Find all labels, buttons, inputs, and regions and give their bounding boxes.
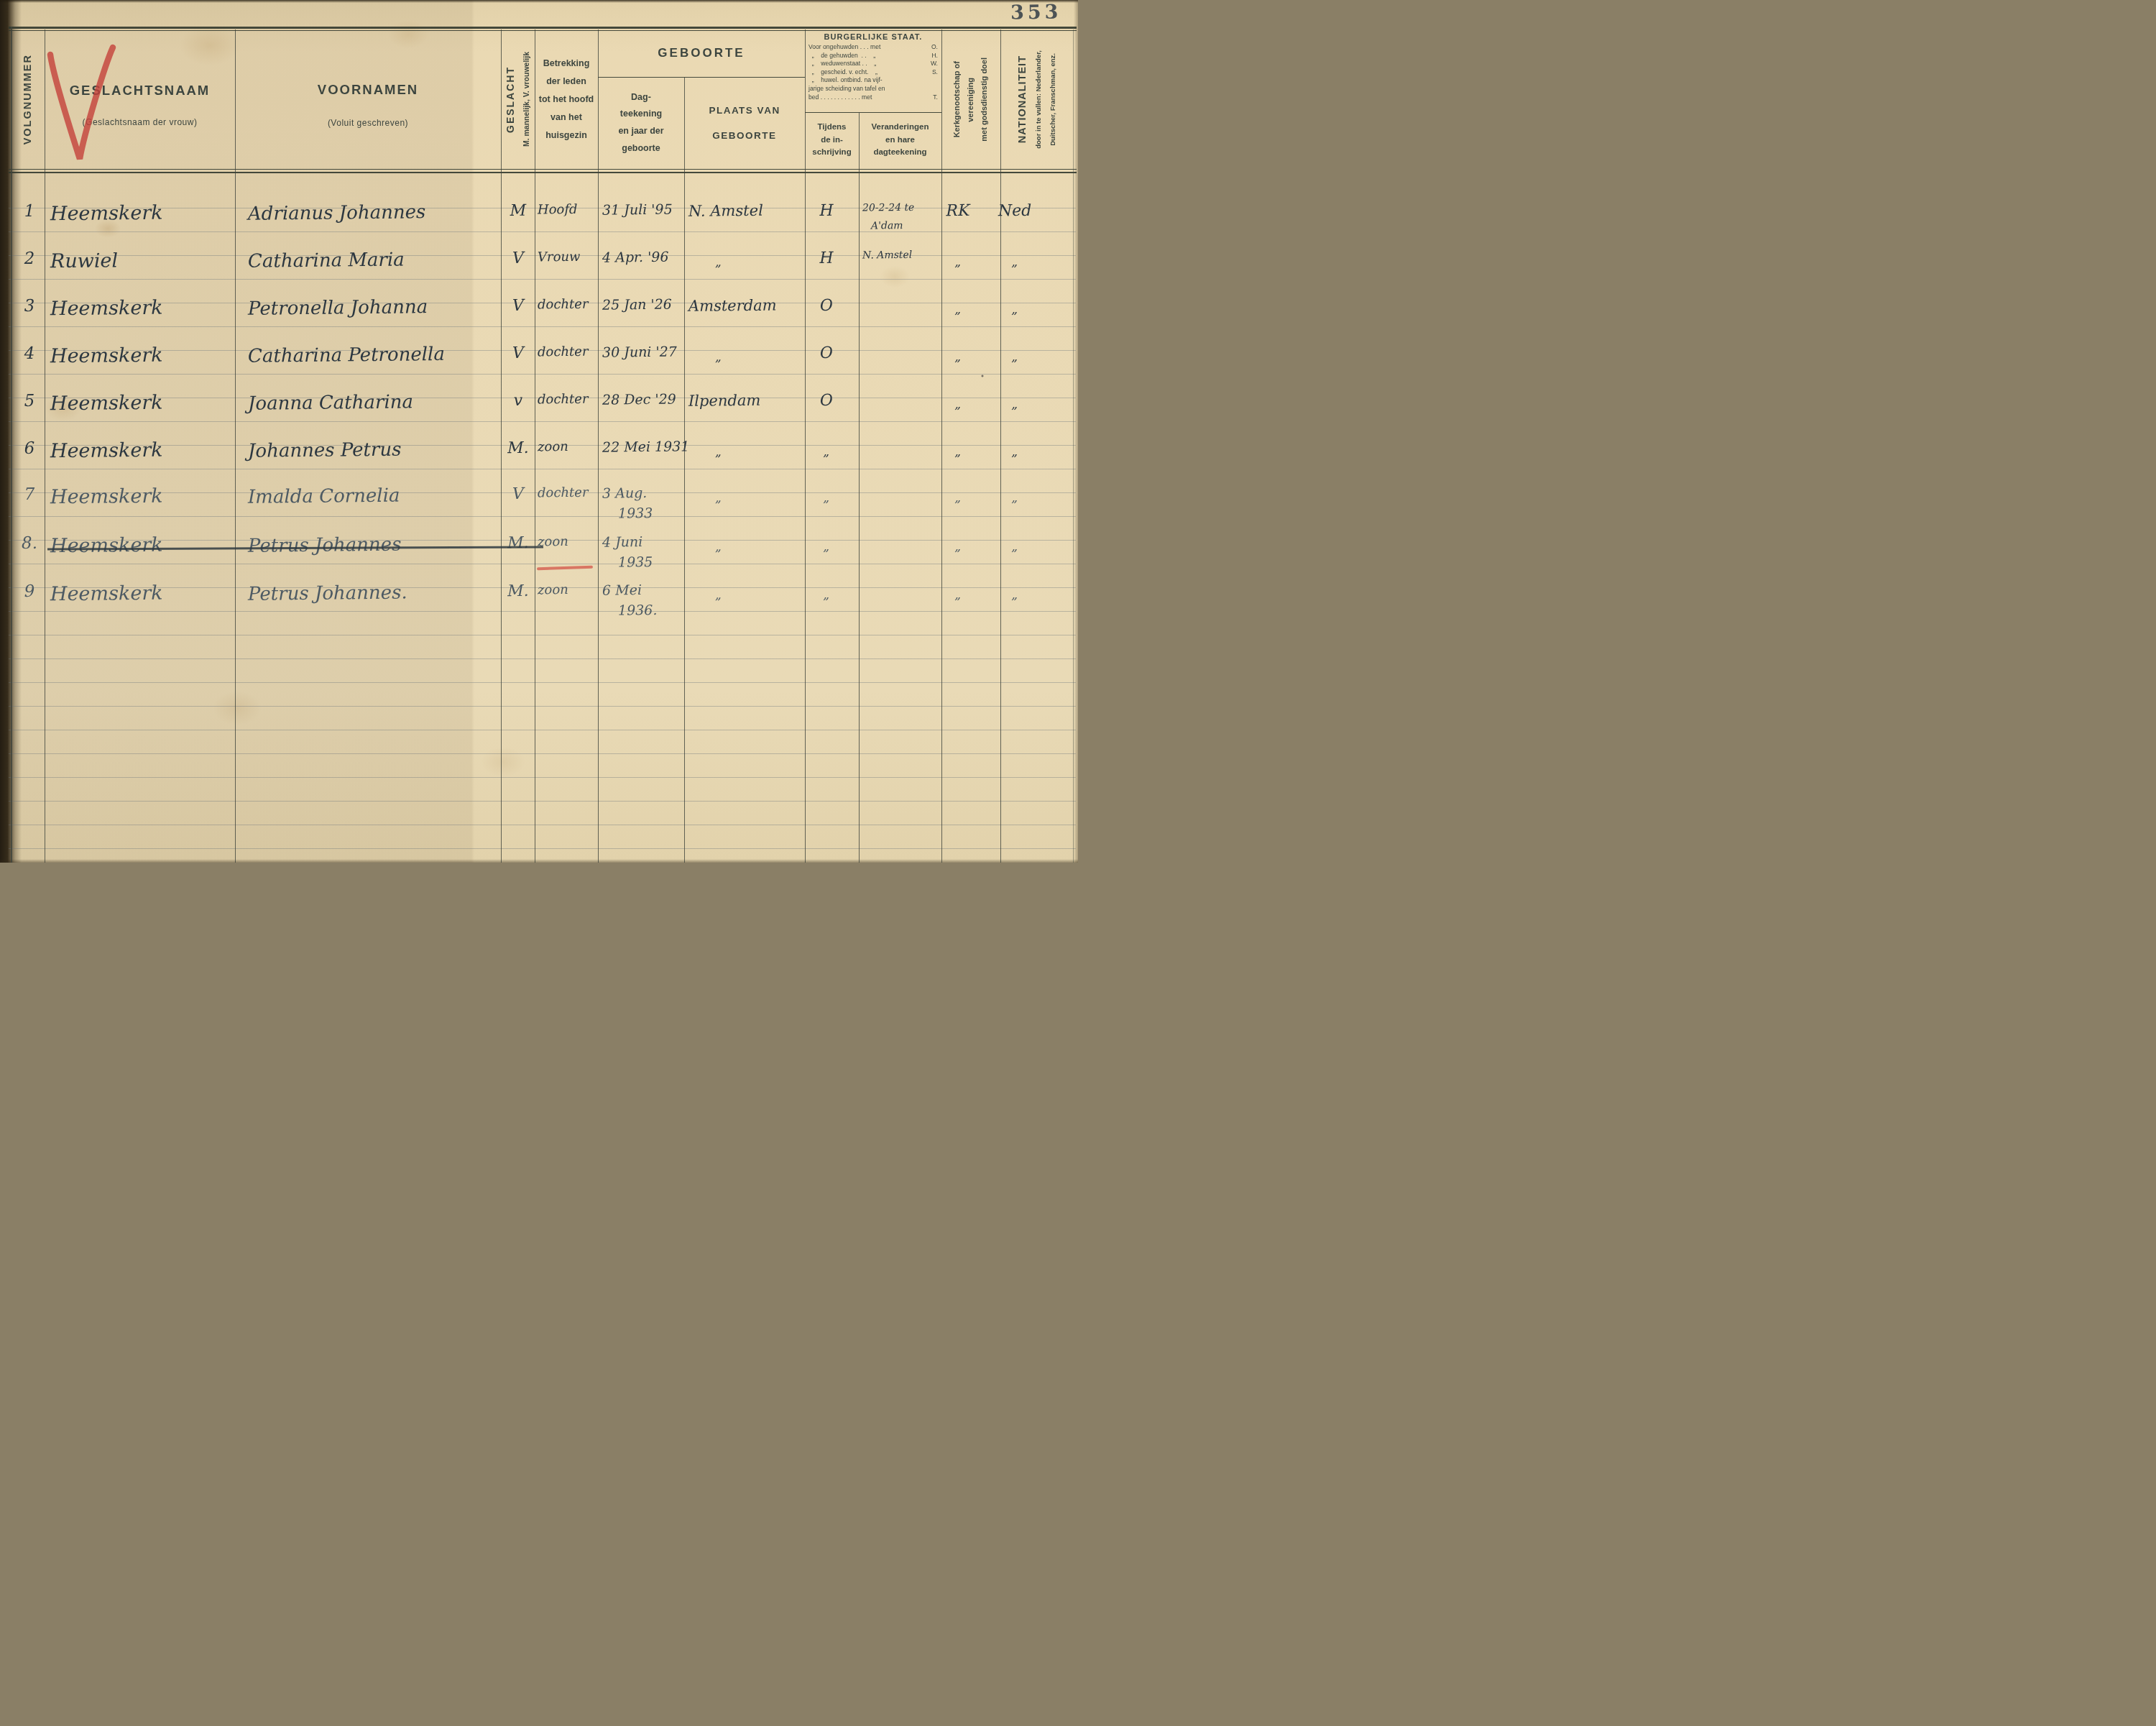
row-8-geslacht: M. (503, 534, 533, 552)
row-1-nationaliteit: Ned (993, 202, 1036, 221)
row-5-kerk: „ (938, 398, 978, 413)
legend-line: „ gescheid. v. echt. „S. (808, 68, 938, 77)
row-4-plaats: „ (715, 350, 765, 365)
row-9-plaats: „ (715, 588, 765, 603)
column-line (859, 112, 860, 863)
row-7-voornamen: Imalda Cornelia (248, 484, 498, 508)
row-2-datum: 4 Apr. '96 (602, 249, 688, 265)
burgerlijke-staat-legend: Voor ongehuwden . . . metO. „ de gehuwde… (805, 43, 941, 101)
row-8-nationaliteit: „ (993, 540, 1036, 555)
row-8-kerk: „ (938, 540, 978, 555)
row-9-tijdens: „ (808, 588, 845, 603)
row-1-datum: 31 Juli '95 (602, 201, 688, 218)
row-4-voornamen: Catharina Petronella (248, 343, 498, 367)
row-7-nr: 7 (13, 485, 46, 504)
row-5-datum: 28 Dec '29 (602, 391, 688, 408)
row-4-tijdens: O (808, 344, 845, 363)
legend-line: „ de gehuwden . . „H. (808, 52, 938, 60)
row-2-geslachtsnaam: Ruwiel (50, 249, 231, 273)
row-6-geslacht: M. (503, 439, 533, 457)
row-1-veranderingen: 20-2-24 te (862, 201, 938, 214)
row-6-kerk: „ (938, 445, 978, 460)
row-9-datum2: 1936. (618, 602, 690, 618)
row-6-nationaliteit: „ (993, 445, 1036, 460)
row-5-betrekking: dochter (538, 392, 598, 408)
row-6-tijdens: „ (808, 445, 845, 460)
row-3-kerk: „ (938, 303, 978, 318)
row-5-nationaliteit: „ (993, 398, 1036, 413)
column-line (1073, 29, 1074, 863)
row-2-tijdens: H (808, 249, 845, 268)
row-2-nationaliteit: „ (993, 255, 1036, 270)
column-header-tijdens-inschrijving: Tijdens de in- schrijving (805, 112, 859, 169)
row-3-geslacht: V (503, 297, 533, 315)
row-2-geslacht: V (503, 249, 533, 267)
column-line (684, 77, 685, 863)
row-2-voornamen: Catharina Maria (248, 248, 498, 272)
row-1-tijdens: H (808, 202, 845, 221)
row-7-kerk: „ (938, 491, 978, 506)
column-header-voornamen: VOORNAMEN (Voluit geschreven) (235, 30, 501, 169)
header-bottom-border-thin (9, 169, 1077, 170)
row-1-betrekking: Hoofd (538, 202, 598, 218)
row-5-nr: 5 (13, 392, 46, 410)
row-7-nationaliteit: „ (993, 491, 1036, 506)
row-1-kerk: RK (938, 202, 978, 221)
column-header-dagteekening: Dag- teekening en jaar der geboorte (598, 77, 684, 169)
row-9-kerk: „ (938, 588, 978, 603)
row-4-betrekking: dochter (538, 344, 598, 360)
column-header-veranderingen: Veranderingen en hare dagteekening (859, 112, 941, 169)
column-header-plaats-van-geboorte: PLAATS VAN GEBOORTE (684, 77, 805, 169)
row-3-nationaliteit: „ (993, 303, 1036, 318)
row-6-geslachtsnaam: Heemskerk (50, 439, 231, 463)
row-5-geslacht: v (503, 392, 533, 410)
row-1-plaats: N. Amstel (688, 201, 802, 220)
column-header-geslacht-legend: M. mannelijk, V. vrouwelijk (519, 30, 534, 169)
row-3-nr: 3 (13, 297, 46, 316)
row-9-voornamen: Petrus Johannes. (248, 581, 498, 605)
column-header-volgnummer: VOLGNUMMER (11, 30, 45, 169)
column-header-betrekking: Betrekking der leden tot het hoofd van h… (535, 30, 598, 169)
row-2-kerk: „ (938, 255, 978, 270)
row-3-datum: 25 Jan '26 (602, 296, 688, 313)
row-8-nr: 8. (13, 534, 46, 553)
row-8-datum: 4 Juni (602, 533, 688, 550)
row-8-datum2: 1935 (618, 554, 690, 570)
row-7-betrekking: dochter (538, 485, 598, 501)
row-1-nr: 1 (13, 202, 46, 221)
table-top-border-thick (9, 27, 1077, 29)
page-number: 353 (1010, 1, 1062, 24)
row-1-geslachtsnaam: Heemskerk (50, 201, 231, 226)
row-9-geslacht: M. (503, 582, 533, 600)
row-5-tijdens: O (808, 392, 845, 410)
row-2-plaats: „ (715, 255, 765, 270)
row-7-datum2: 1933 (618, 505, 690, 521)
row-8-betrekking: zoon (538, 534, 598, 550)
header-bottom-border-thick (9, 172, 1077, 174)
legend-line: Voor ongehuwden . . . metO. (808, 43, 938, 52)
row-4-kerk: „ (938, 350, 978, 365)
row-1-veranderingen2: A'dam (871, 220, 936, 232)
legend-line: jarige scheiding van tafel en (808, 85, 938, 93)
row-4-nr: 4 (13, 344, 46, 363)
row-8-geslachtsnaam: Heemskerk (50, 533, 231, 558)
row-6-plaats: „ (715, 445, 765, 460)
legend-line: „ weduwenstaat . . „W. (808, 60, 938, 68)
row-9-datum: 6 Mei (602, 582, 688, 598)
row-5-geslachtsnaam: Heemskerk (50, 391, 231, 416)
row-8-plaats: „ (715, 540, 765, 555)
register-page-scan: 353 VOLGNUMMER GESLACHTSNAAM (Geslachtsn… (0, 0, 1078, 863)
row-4-datum: 30 Juni '27 (602, 344, 688, 360)
row-9-nr: 9 (13, 582, 46, 601)
legend-line: bed . . . . . . . . . . . . metT. (808, 93, 938, 102)
column-header-kerkgenootschap: Kerkgenootschap of vereeniging met godsd… (941, 30, 1000, 169)
row-1-voornamen: Adrianus Johannes (248, 201, 498, 225)
row-4-geslachtsnaam: Heemskerk (50, 344, 231, 368)
legend-line: „ huwel. ontbind. na vijf- (808, 76, 938, 85)
row-7-tijdens: „ (808, 491, 845, 506)
row-5-voornamen: Joanna Catharina (248, 390, 498, 415)
row-3-voornamen: Petronella Johanna (248, 295, 498, 320)
row-6-datum: 22 Mei 1931 (602, 439, 688, 455)
row-7-geslachtsnaam: Heemskerk (50, 485, 231, 509)
row-2-veranderingen: N. Amstel (862, 249, 938, 261)
row-6-nr: 6 (13, 439, 46, 458)
row-8-voornamen: Petrus Johannes (248, 533, 498, 557)
row-8-tijdens: „ (808, 540, 845, 555)
column-header-burgerlijke-staat: BURGERLIJKE STAAT. Voor ongehuwden . . .… (805, 30, 941, 112)
row-1-geslacht: M (503, 202, 533, 220)
row-4-geslacht: V (503, 344, 533, 362)
row-4-nationaliteit: „ (993, 350, 1036, 365)
column-header-geboorte: GEBOORTE (598, 30, 805, 76)
red-check-mark (43, 42, 119, 167)
column-header-nationaliteit: NATIONALITEIT door in te vullen: Nederla… (1000, 30, 1073, 169)
row-3-plaats: Amsterdam (688, 296, 802, 315)
ruled-lines (9, 185, 1076, 863)
row-9-nationaliteit: „ (993, 588, 1036, 603)
row-7-geslacht: V (503, 485, 533, 503)
scan-edge-top (0, 0, 1078, 3)
row-7-plaats: „ (715, 491, 765, 506)
row-3-tijdens: O (808, 297, 845, 316)
row-7-datum: 3 Aug. (602, 485, 688, 501)
row-2-betrekking: Vrouw (538, 249, 598, 265)
row-3-geslachtsnaam: Heemskerk (50, 296, 231, 321)
row-9-geslachtsnaam: Heemskerk (50, 582, 231, 606)
row-3-betrekking: dochter (538, 297, 598, 313)
row-6-betrekking: zoon (538, 439, 598, 455)
row-9-betrekking: zoon (538, 582, 598, 598)
row-5-plaats: Ilpendam (688, 391, 802, 410)
row-6-voornamen: Johannes Petrus (248, 438, 498, 462)
column-header-geslacht: GESLACHT (502, 30, 519, 169)
row-2-nr: 2 (13, 249, 46, 268)
